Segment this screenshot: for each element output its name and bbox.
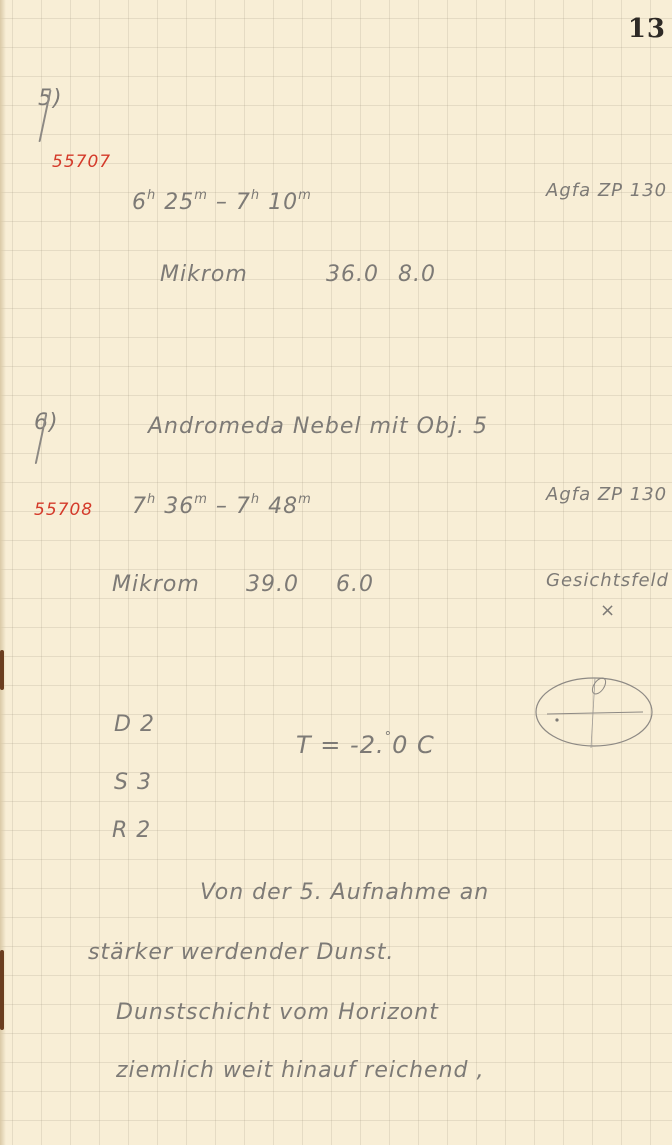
- note-line: ziemlich weit hinauf reichend ,: [116, 1058, 484, 1083]
- note-line: Dunstschicht vom Horizont: [116, 1000, 439, 1025]
- binding-mark: [0, 950, 4, 1030]
- note-line: stärker werdender Dunst.: [88, 940, 394, 965]
- mikrom-value-1: 39.0: [246, 572, 299, 597]
- condition-s: S 3: [114, 770, 152, 795]
- plate-number: 55708: [34, 500, 93, 520]
- exposure-time: 7h 36m – 7h 48m: [132, 492, 312, 519]
- plate-type: Agfa ZP 130: [546, 180, 667, 201]
- field-of-view-sketch: [533, 672, 655, 748]
- mikrom-label: Mikrom: [112, 572, 200, 597]
- mikrom-value-2: 8.0: [398, 262, 436, 287]
- plate-number: 55707: [52, 152, 111, 172]
- exposure-time: 6h 25m – 7h 10m: [132, 188, 312, 215]
- page-number: 13: [628, 14, 666, 44]
- object-description: Andromeda Nebel mit Obj. 5: [148, 414, 488, 439]
- notebook-page: 13 5) 55707 6h 25m – 7h 10m Agfa ZP 130 …: [0, 0, 672, 1145]
- binding-mark: [0, 650, 4, 690]
- plate-type: Agfa ZP 130: [546, 484, 667, 505]
- temperature: T = -2.°0 C: [296, 730, 435, 759]
- condition-d: D 2: [114, 712, 155, 737]
- note-line: Von der 5. Aufnahme an: [200, 880, 489, 905]
- mikrom-value-1: 36.0: [326, 262, 379, 287]
- condition-r: R 2: [112, 818, 151, 843]
- mikrom-label: Mikrom: [160, 262, 248, 287]
- mikrom-value-2: 6.0: [336, 572, 374, 597]
- field-marker: ×: [600, 600, 616, 621]
- field-of-view-label: Gesichtsfeld: [546, 570, 669, 591]
